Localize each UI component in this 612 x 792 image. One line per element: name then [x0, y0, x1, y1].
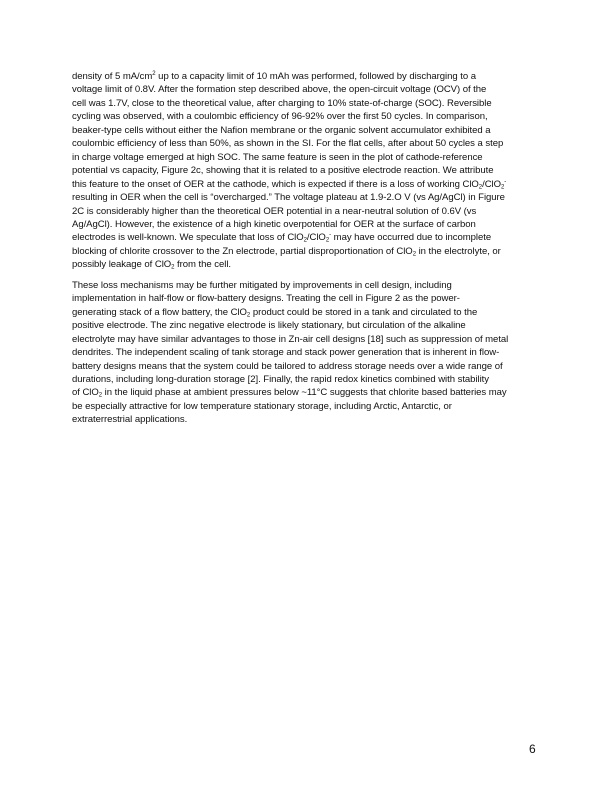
text-line: Ag/AgCl). However, the existence of a hi… [72, 218, 542, 231]
subscript: 2 [501, 184, 504, 190]
text-line: positive electrode. The zinc negative el… [72, 319, 542, 332]
text-run: density of 5 mA/cm [72, 71, 152, 82]
text-run: in the liquid phase at ambient pressures… [102, 387, 507, 398]
paragraph-results-discussion: density of 5 mA/cm2 up to a capacity lim… [72, 70, 542, 272]
page-number: 6 [529, 742, 536, 756]
text-line: coulombic efficiency of less than 50%, a… [72, 137, 542, 150]
text-line: implementation in half-flow or flow-batt… [72, 292, 542, 305]
text-line: durations, including long-duration stora… [72, 373, 542, 386]
text-line: dendrites. The independent scaling of ta… [72, 346, 542, 359]
text-line: These loss mechanisms may be further mit… [72, 279, 542, 292]
text-line: possibly leakage of ClO2 from the cell. [72, 258, 542, 271]
text-run: up to a capacity limit of 10 mAh was per… [156, 71, 476, 82]
text-run: /ClO [307, 232, 326, 243]
text-run: blocking of chlorite crossover to the Zn… [72, 246, 413, 257]
text-run: from the cell. [174, 259, 231, 270]
text-line: cycling was observed, with a coulombic e… [72, 110, 542, 123]
text-run: possibly leakage of ClO [72, 259, 171, 270]
text-run: /ClO [482, 179, 501, 190]
text-run: product could be stored in a tank and ci… [250, 307, 477, 318]
text-line: 2C is considerably higher than the theor… [72, 205, 542, 218]
text-run: in the electrolyte, or [416, 246, 501, 257]
text-run: may have occurred due to incomplete [331, 232, 491, 243]
text-line: electrodes is well-known. We speculate t… [72, 231, 542, 244]
text-line: in charge voltage emerged at high SOC. T… [72, 151, 542, 164]
text-line: density of 5 mA/cm2 up to a capacity lim… [72, 70, 542, 83]
subscript: 2 [326, 238, 329, 244]
text-line: extraterrestrial applications. [72, 413, 542, 426]
text-line: resulting in OER when the cell is “overc… [72, 191, 542, 204]
text-line: beaker-type cells without either the Naf… [72, 124, 542, 137]
text-line: battery designs means that the system co… [72, 360, 542, 373]
text-line: of ClO2 in the liquid phase at ambient p… [72, 386, 542, 399]
document-page: density of 5 mA/cm2 up to a capacity lim… [0, 0, 612, 792]
text-line: cell was 1.7V, close to the theoretical … [72, 97, 542, 110]
text-line: potential vs capacity, Figure 2c, showin… [72, 164, 542, 177]
body-text: density of 5 mA/cm2 up to a capacity lim… [72, 70, 542, 434]
superscript: - [504, 179, 506, 185]
text-line: blocking of chlorite crossover to the Zn… [72, 245, 542, 258]
paragraph-loss-mechanisms: These loss mechanisms may be further mit… [72, 279, 542, 427]
text-line: be especially attractive for low tempera… [72, 400, 542, 413]
text-run: of ClO [72, 387, 99, 398]
text-run: this feature to the onset of OER at the … [72, 179, 479, 190]
text-run: electrodes is well-known. We speculate t… [72, 232, 304, 243]
text-line: this feature to the onset of OER at the … [72, 178, 542, 191]
text-line: voltage limit of 0.8V. After the formati… [72, 83, 542, 96]
text-line: generating stack of a flow battery, the … [72, 306, 542, 319]
text-run: generating stack of a flow battery, the … [72, 307, 247, 318]
text-line: electrolyte may have similar advantages … [72, 333, 542, 346]
